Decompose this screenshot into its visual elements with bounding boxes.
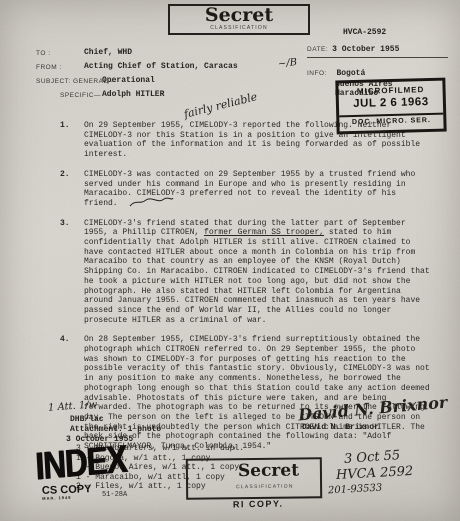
paragraph-3-underlined-phrase: former German SS trooper,: [204, 228, 324, 237]
classification-label: Secret: [170, 6, 308, 25]
date-row: DATE:3 October 1955: [307, 38, 448, 58]
microfilm-line2: JUL 2 6 1963: [339, 96, 443, 111]
handwritten-file-number: 201-93533: [328, 483, 383, 497]
attachment-line: Attachment: 1 photo: [70, 425, 161, 434]
microfilm-line1: MICROFILMED: [338, 85, 442, 97]
paragraph-2-number: 2.: [60, 170, 84, 209]
paragraph-3: 3. CIMELODY-3's friend stated that durin…: [60, 219, 430, 326]
handwritten-squiggle: [128, 195, 174, 209]
classification-stamp-top: Secret CLASSIFICATION: [168, 4, 310, 35]
date-label: DATE:: [307, 46, 328, 53]
from-label: FROM :: [36, 64, 62, 71]
from-handwritten-annotation: ~/B: [277, 57, 297, 70]
ri-copy-stamp: RI COPY.: [233, 499, 284, 510]
paragraph-4-text: On 28 September 1955, CIMELODY-3's frien…: [84, 335, 430, 451]
info-label: INFO:: [307, 70, 327, 77]
classification-bottom-label: Secret: [238, 462, 299, 482]
index-stamp: INDEX: [34, 438, 127, 490]
document-page: Secret CLASSIFICATION HVCA-2592 DATE:3 O…: [0, 0, 460, 521]
paragraph-2: 2. CIMELODY-3 was contacted on 29 Septem…: [60, 170, 430, 209]
classification-sublabel: CLASSIFICATION: [170, 25, 308, 31]
specific-label: SPECIFIC—: [60, 92, 101, 99]
info-line-0: Bogotá: [336, 69, 365, 78]
form-number: 51-28A: [102, 491, 127, 499]
signature-typed: David N. Brixnor: [302, 423, 379, 432]
to-label: TO :: [36, 50, 51, 57]
paragraph-3-number: 3.: [60, 219, 84, 326]
paragraph-1-text: On 29 September 1955, CIMELODY-3 reporte…: [84, 121, 430, 160]
initials: DHB/lac: [70, 415, 104, 424]
subject-value: Operational: [102, 76, 155, 85]
cs-copy-stamp: CS COPY MAR. 1949: [42, 483, 92, 501]
classification-bottom-sublabel: CLASSIFICATION: [236, 484, 294, 491]
paragraph-1: 1. On 29 September 1955, CIMELODY-3 repo…: [60, 121, 430, 160]
handwritten-reliability-note: fairly reliable: [183, 90, 259, 121]
document-number: HVCA-2592: [343, 28, 386, 37]
classification-stamp-bottom: Secret CLASSIFICATION: [186, 457, 322, 499]
specific-value: Adolph HITLER: [102, 90, 164, 99]
handwritten-doc-number: HVCA 2592: [336, 464, 414, 483]
paragraph-3-text: CIMELODY-3's friend stated that during t…: [84, 219, 430, 326]
paragraph-1-number: 1.: [60, 121, 84, 160]
date-value: 3 October 1955: [332, 45, 399, 54]
from-value: Acting Chief of Station, Caracas: [84, 62, 238, 71]
paragraph-3-post: stated to him confidentially that Adolph…: [84, 228, 430, 324]
to-value: Chief, WHD: [84, 48, 132, 57]
